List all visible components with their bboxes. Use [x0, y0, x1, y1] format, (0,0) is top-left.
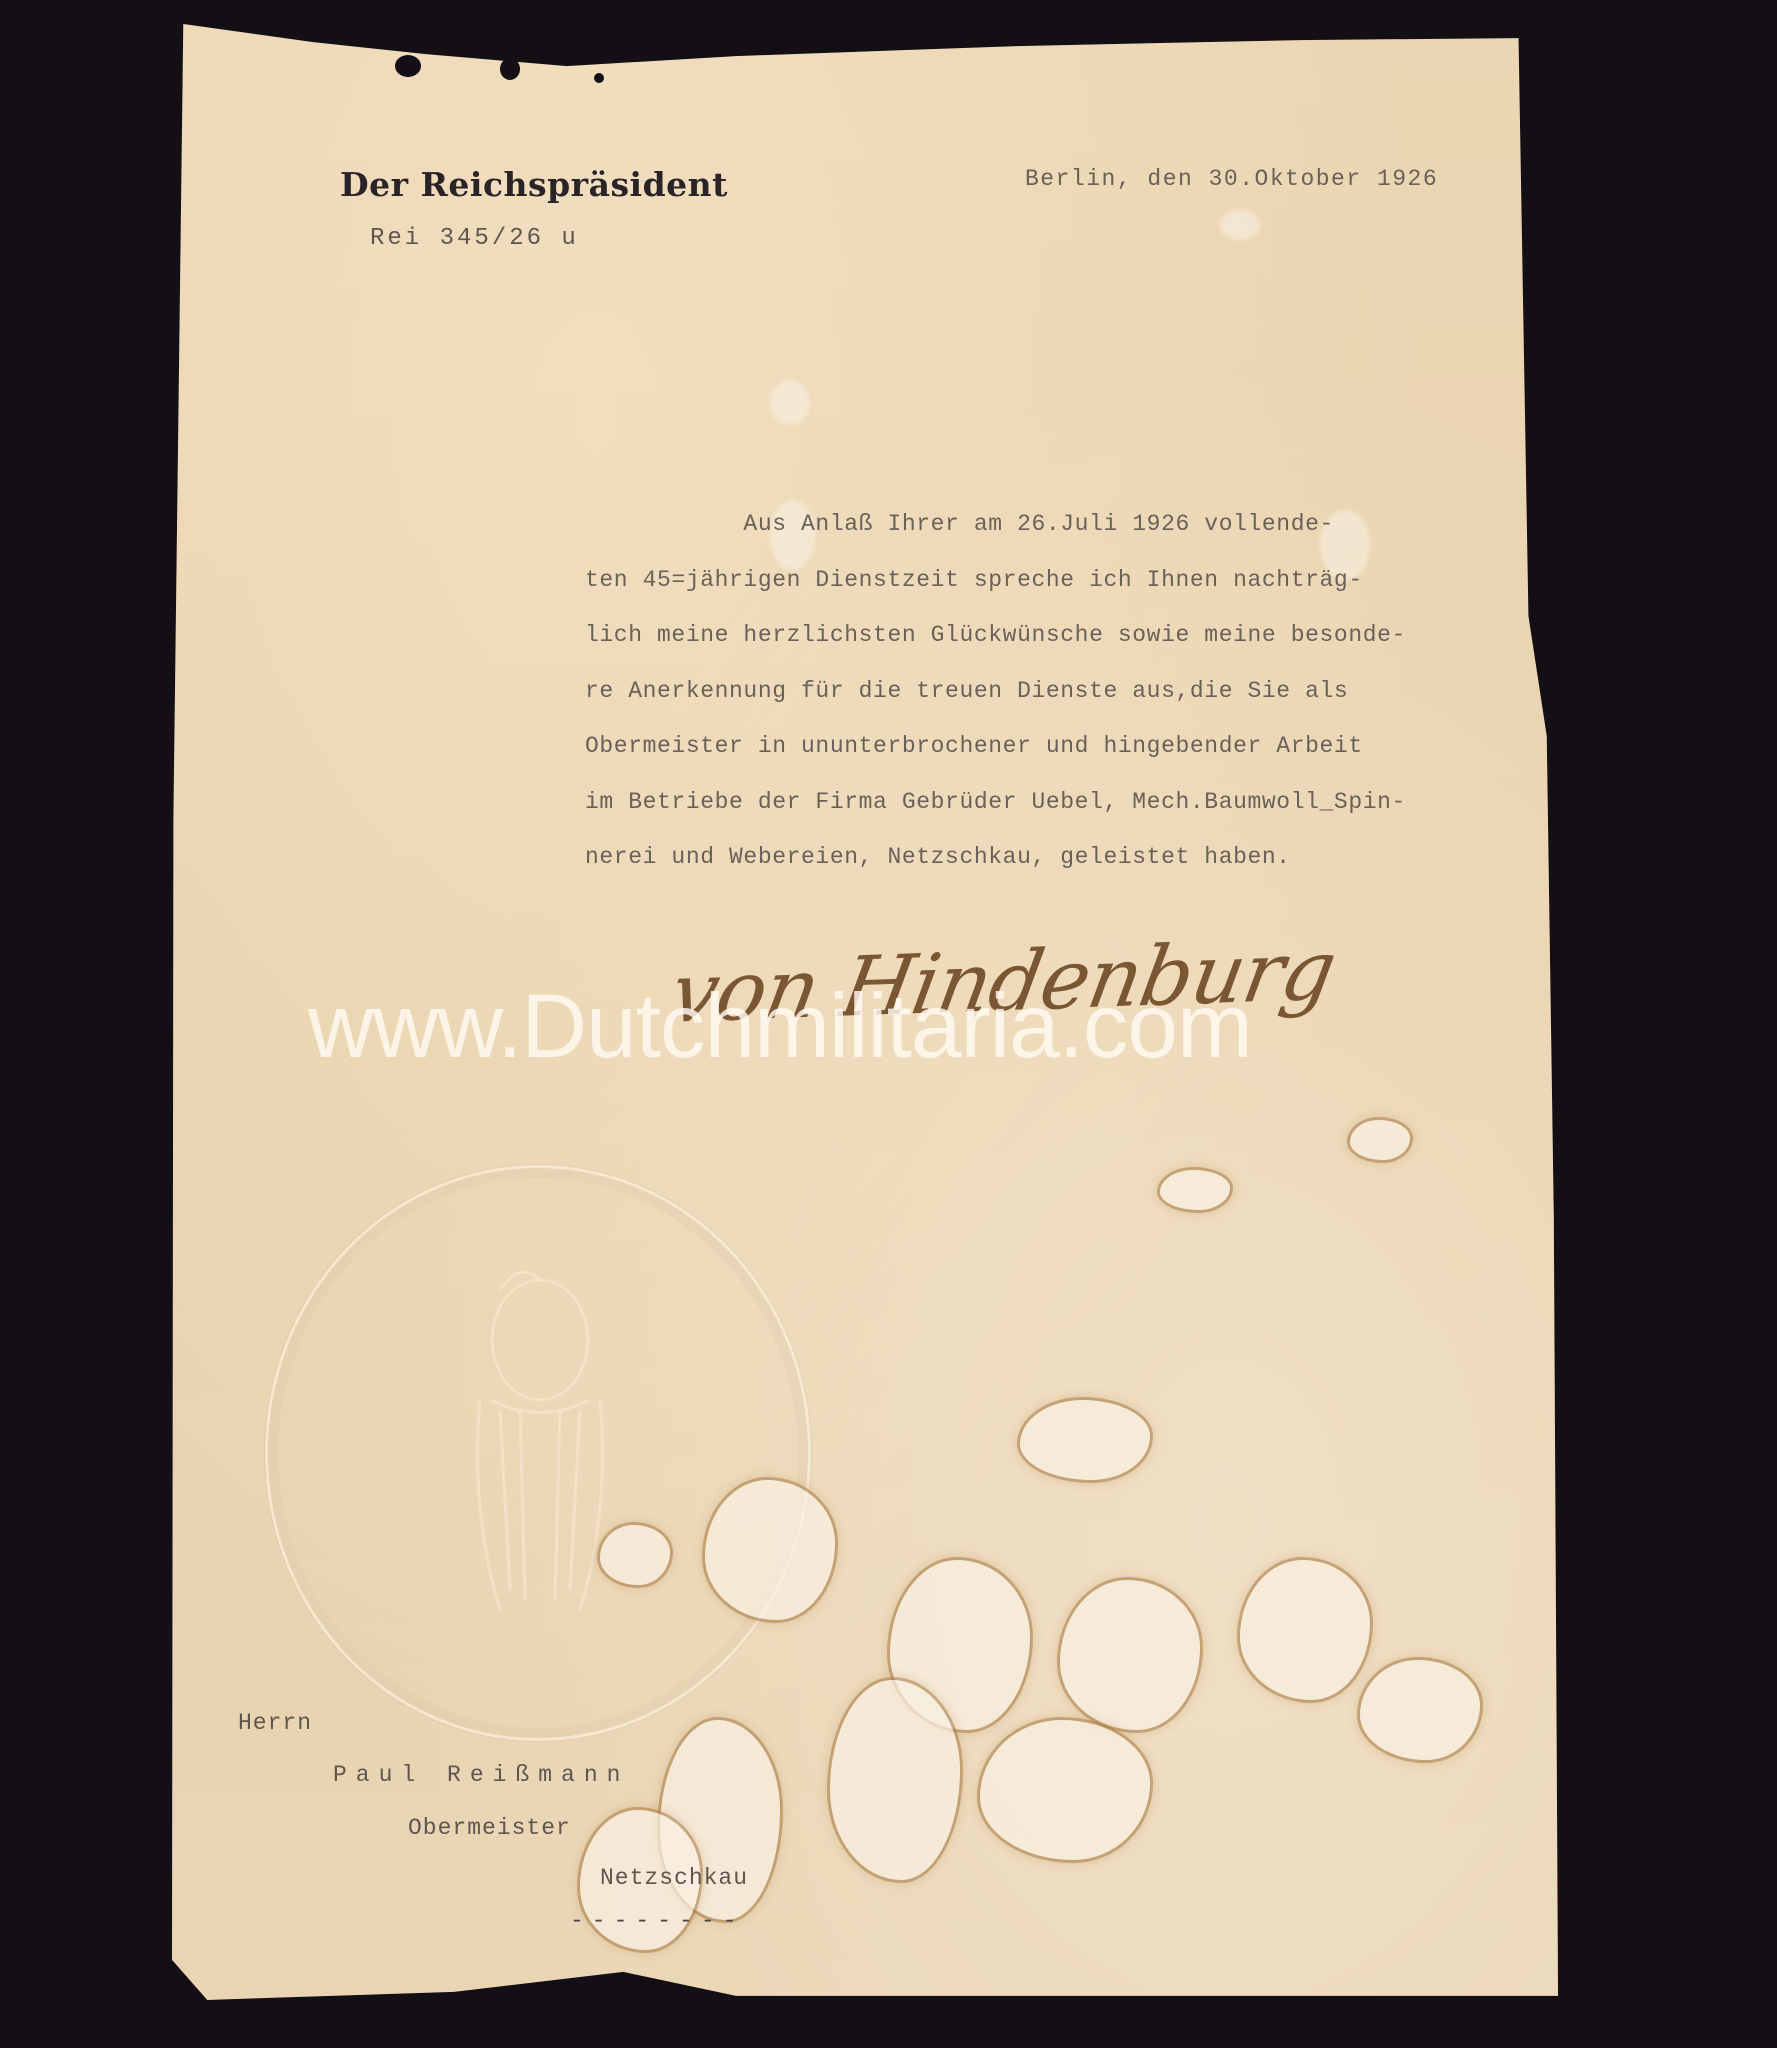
address-city: Netzschkau [600, 1865, 748, 1891]
stain [1020, 1400, 1150, 1480]
stain [1240, 1560, 1370, 1700]
body-line: im Betriebe der Firma Gebrüder Uebel, Me… [585, 775, 1565, 831]
body-line: ten 45=jährigen Dienstzeit spreche ich I… [585, 553, 1565, 609]
body-line: re Anerkennung für die treuen Dienste au… [585, 664, 1565, 720]
body-line: Aus Anlaß Ihrer am 26.Juli 1926 vollende… [585, 497, 1565, 553]
letterhead: Der Reichspräsident [340, 165, 728, 204]
stain [770, 380, 810, 425]
paper-hole [395, 55, 421, 77]
stain [705, 1480, 835, 1620]
address-underline: -------- [570, 1908, 744, 1934]
body-line: lich meine herzlichsten Glückwünsche sow… [585, 608, 1565, 664]
address-name: Paul Reißmann [333, 1762, 629, 1788]
stain [1060, 1580, 1200, 1730]
stain [1350, 1120, 1410, 1160]
stain [600, 1525, 670, 1585]
paper-hole [500, 58, 520, 80]
body-line: Obermeister in ununterbrochener und hing… [585, 719, 1565, 775]
address-salutation: Herrn [238, 1710, 312, 1736]
watermark: www.Dutchmilitaria.com [308, 975, 1252, 1079]
stain [1360, 1660, 1480, 1760]
letter-body: Aus Anlaß Ihrer am 26.Juli 1926 vollende… [585, 497, 1565, 886]
paper-hole [553, 48, 565, 58]
dateline: Berlin, den 30.Oktober 1926 [1025, 166, 1438, 192]
paper-hole [610, 48, 622, 58]
stain [1220, 210, 1260, 240]
stain [830, 1680, 960, 1880]
stain [980, 1720, 1150, 1860]
paper-hole [594, 73, 604, 83]
address-title: Obermeister [408, 1815, 571, 1841]
body-line: nerei und Webereien, Netzschkau, geleist… [585, 830, 1565, 886]
stain [1160, 1170, 1230, 1210]
reference-number: Rei 345/26 u [370, 225, 579, 252]
